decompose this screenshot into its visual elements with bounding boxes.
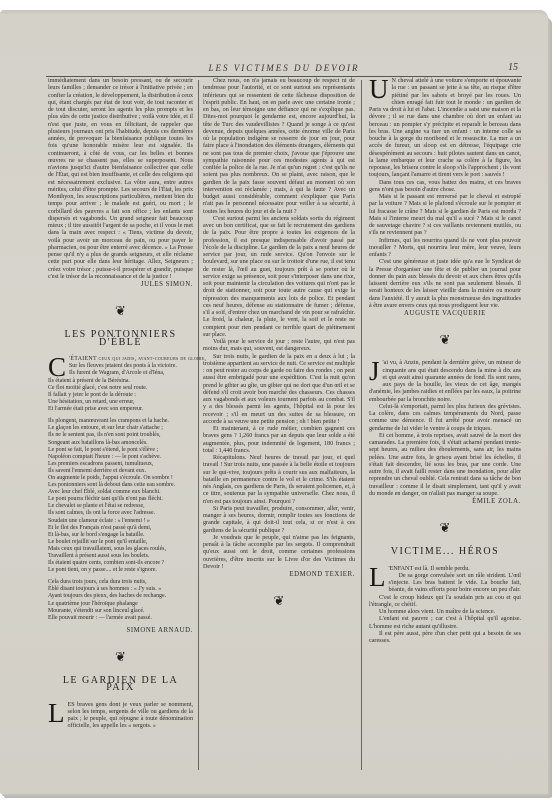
article-body: 'ai vu, à Anzin, pendant la dernière grè… — [369, 360, 521, 404]
poem-line: Ayant toujours des pieux, des haches de … — [48, 593, 193, 600]
author-signature: ÉMILE ZOLA. — [369, 498, 521, 505]
poem-line: Ils étaient quatre cents, combien sont-i… — [48, 560, 193, 567]
author-signature: JULES SIMON. — [48, 281, 193, 288]
poem-line: Les premiers escadrons passent, tumultue… — [48, 461, 193, 468]
poem-stanza: Cela dura trois jours, cela dura trois n… — [48, 579, 193, 622]
column-left: immédiatement dans un besoin pressant, o… — [48, 78, 193, 731]
article-paragraph: Et maintenant, à ce rude métier, combien… — [203, 426, 355, 455]
poem-line: Une hésitation, un retard, une erreur, — [48, 399, 193, 406]
poem-line: Ils plongent, manœuvrant les crampons et… — [48, 418, 193, 425]
poem-line: Elle pouvait mourir : — l'armée avait pa… — [48, 615, 193, 622]
article-paragraph: Dans tous ces cas, vous battez des mains… — [369, 180, 521, 195]
article-paragraph: Je voudrais que le peuple, qui n'aime pa… — [203, 535, 355, 571]
poem-line: Ils sont calmes, ils ont la force avec l… — [48, 510, 193, 517]
poem-line: Le quatrième jour l'héroïque phalange — [48, 601, 193, 608]
article-title: LE GARDIEN DE LA PAIX — [48, 677, 193, 692]
poem-line: Ils étaient à présent de la Bérésina. — [48, 378, 193, 385]
article-paragraph: C'est une généreuse et juste idée qu'a e… — [369, 259, 521, 310]
running-title: LES VICTIMES DU DEVOIR — [46, 63, 522, 73]
newspaper-page: LES VICTIMES DU DEVOIR 15 immédiatement … — [0, 14, 548, 794]
author-signature: AUGUSTE VACQUERIE — [369, 310, 521, 317]
page-number: 15 — [508, 62, 518, 73]
article-paragraph: Il est père aussi, père d'un cher petit … — [369, 631, 521, 646]
running-head: LES VICTIMES DU DEVOIR 15 — [46, 62, 522, 77]
article-paragraph: Sur trois nuits, le gardien de la paix e… — [203, 354, 355, 427]
poem-line: Et là-bas, sur le bord s'engage la batai… — [48, 532, 193, 539]
drop-cap: C — [48, 356, 66, 378]
article-opening: L 'ENFANT est là. Il semble perdu. De sa… — [369, 566, 521, 595]
poem-line: Le pont pourra fléchir tant qu'ils n'ont… — [48, 496, 193, 503]
poem-line: On augmente le poids, l'appui s'écroule.… — [48, 475, 193, 482]
poem-line: Et le flot des Français n'est passé qu'à… — [48, 525, 193, 532]
author-signature: SIMONE ARNAUD. — [48, 627, 193, 634]
drop-cap: L — [369, 566, 386, 588]
drop-cap: U — [369, 78, 389, 100]
article-paragraph: Voilà pour le service de jour ; reste l'… — [203, 339, 355, 354]
poem-line: 'ÉTAIENT ceux qui jadis, avant-coureurs … — [48, 356, 193, 363]
article-paragraph: L'enfant est pauvre ; car c'est à l'hôpi… — [369, 616, 521, 631]
article-body: immédiatement dans un besoin pressant, o… — [48, 78, 193, 281]
article-paragraph: Infirmes, qui les nourrira quand ils ne … — [369, 238, 521, 260]
article-body: N cheval attelé à une voiture s'emporte … — [369, 78, 521, 180]
column-divider — [198, 80, 199, 770]
poem-line: Le pont tient, on y passe.... et le rest… — [48, 567, 193, 574]
poem-line: Songeant aux bataillons là-bas amoncelés… — [48, 440, 193, 447]
poem-line: Mourante, s'étendit sur son linceul glac… — [48, 608, 193, 615]
article-paragraph: De sa gorge convulsée sort un râle strid… — [369, 573, 521, 595]
poem-line: Sur les fleuves jetaient des ponts à la … — [48, 363, 193, 370]
poem-line: Mais ceux qui travaillaient, sous les gl… — [48, 546, 193, 553]
poem-title: LES PONTONNIERS D'ÉBLÉ — [48, 331, 193, 346]
poem-line: Ils ne le sentent pas, ils n'en sont poi… — [48, 432, 193, 439]
poem-line: Et l'armée était prise avec son empereur… — [48, 406, 193, 413]
column-divider — [361, 80, 362, 770]
poem-stanza: Ils plongent, manœuvrant les crampons et… — [48, 418, 193, 574]
drop-cap: J — [369, 360, 380, 382]
fleuron-ornament-icon: ❦ — [48, 650, 193, 663]
article-body: ES braves gens dont je veux parler se no… — [48, 702, 193, 731]
fleuron-ornament-icon: ❦ — [369, 333, 521, 346]
article-body: 'ENFANT est là. Il semble perdu. — [369, 566, 521, 573]
fleuron-ornament-icon: ❦ — [369, 521, 521, 534]
column-right: U N cheval attelé à une voiture s'emport… — [369, 78, 521, 645]
poem-line: Le glaçon les entoure, et sur leur chair… — [48, 425, 193, 432]
poem-line: Éblé disant toujours à ses hommes : « J'… — [48, 586, 193, 593]
article-title: VICTIME... HÉROS — [369, 548, 521, 555]
poem-line: Il fallait y jeter le pont de la déroute… — [48, 392, 193, 399]
article-opening: J 'ai vu, à Anzin, pendant la dernière g… — [369, 360, 521, 404]
column-middle: Chez nous, on n'a jamais eu beaucoup de … — [203, 78, 355, 621]
article-opening: U N cheval attelé à une voiture s'emport… — [369, 78, 521, 180]
article-paragraph: Chez nous, on n'a jamais eu beaucoup de … — [203, 78, 355, 216]
poem-line: Napoléon comptait l'heure : — le pont s'… — [48, 454, 193, 461]
drop-cap: L — [48, 702, 65, 724]
poem: C 'ÉTAIENT ceux qui jadis, avant-coureur… — [48, 356, 193, 622]
article-paragraph: C'est surtout parmi les anciens soldats … — [203, 216, 355, 339]
poem-line: Ce flot moitié glacé, c'est notre seul r… — [48, 385, 193, 392]
article-paragraph: Récapitulons. Neuf heures de travail par… — [203, 455, 355, 506]
author-signature: EDMOND TEXIER. — [203, 571, 355, 578]
article-paragraph: Si Paris peut travailler, produire, cons… — [203, 506, 355, 535]
poem-line: Le boulet rejaillit sur le pont qu'il en… — [48, 539, 193, 546]
article-paragraph: Et cet homme, à trois reprises, avait sa… — [369, 433, 521, 498]
article-paragraph: Celui-là s'emportait, parmi les plus fur… — [369, 404, 521, 433]
fleuron-ornament-icon: ❦ — [203, 594, 355, 607]
article-paragraph: C'est le croup hideux qui l'a soudain pr… — [369, 595, 521, 610]
poem-line: Le pont se fait, le pont s'étend, le pon… — [48, 447, 193, 454]
poem-line: Ils furent de Wagram, d'Arcole et d'Iéna… — [48, 370, 193, 377]
poem-line: Travaillent à présent aussi sous les bou… — [48, 553, 193, 560]
poem-line: Soudain une clameur éclate : « l'ennemi … — [48, 518, 193, 525]
article-paragraph: Mais si le passant est renversé par le c… — [369, 194, 521, 238]
fleuron-ornament-icon: ❦ — [48, 304, 193, 317]
poem-line: Ils savent l'ennemi derrière et devant e… — [48, 468, 193, 475]
article-opening: L ES braves gens dont je veux parler se … — [48, 702, 193, 731]
poem-stanza: C 'ÉTAIENT ceux qui jadis, avant-coureur… — [48, 356, 193, 413]
